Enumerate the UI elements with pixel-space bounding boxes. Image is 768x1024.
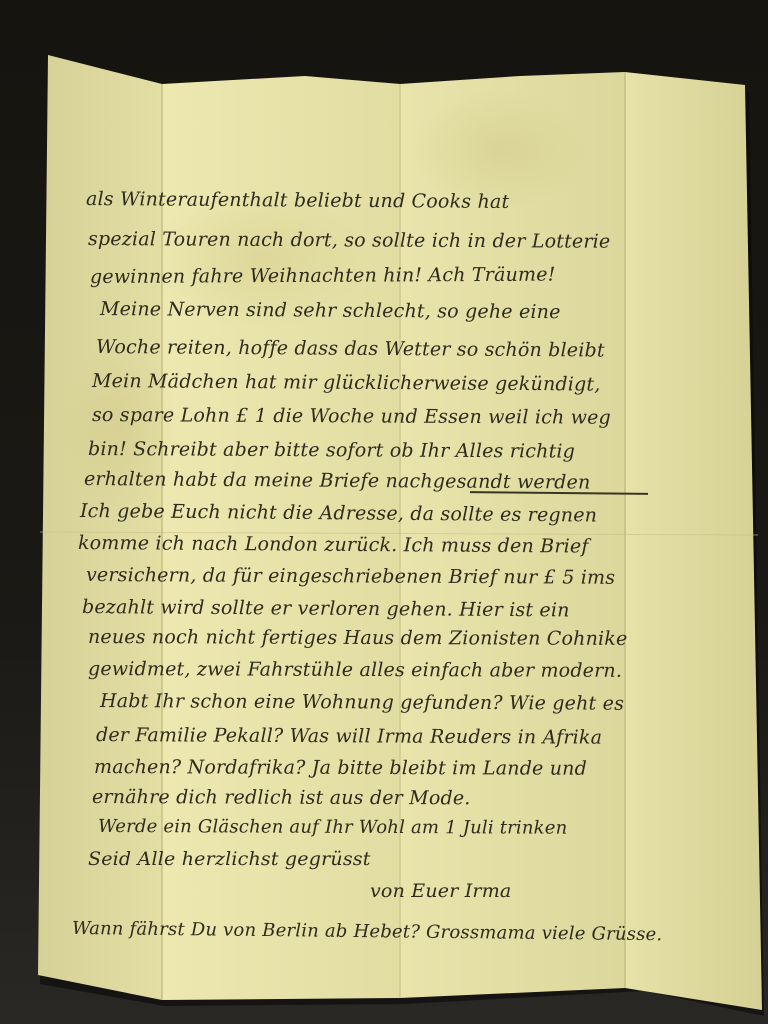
underline-nachgesandt	[470, 491, 648, 494]
letter-body: als Winteraufenthalt beliebt und Cooks h…	[0, 0, 768, 1024]
letter-line-11: komme ich nach London zurück. Ich muss d…	[78, 532, 589, 558]
letter-line-2: spezial Touren nach dort, so sollte ich …	[88, 228, 610, 253]
letter-line-4: Meine Nerven sind sehr schlecht, so gehe…	[100, 298, 561, 323]
letter-line-16: Habt Ihr schon eine Wohnung gefunden? Wi…	[100, 690, 624, 715]
letter-line-1: als Winteraufenthalt beliebt und Cooks h…	[86, 188, 509, 213]
letter-line-7: so spare Lohn £ 1 die Woche und Essen we…	[92, 404, 611, 429]
signature: von Euer Irma	[370, 880, 511, 902]
letter-line-14: neues noch nicht fertiges Haus dem Zioni…	[88, 626, 628, 650]
letter-line-9: erhalten habt da meine Briefe nachgesand…	[84, 468, 591, 494]
postscript: Wann fährst Du von Berlin ab Hebet? Gros…	[72, 918, 663, 945]
letter-line-3: gewinnen fahre Weihnachten hin! Ach Träu…	[90, 264, 556, 288]
letter-line-6: Mein Mädchen hat mir glücklicherweise ge…	[92, 370, 601, 396]
letter-line-5: Woche reiten, hoffe dass das Wetter so s…	[96, 336, 605, 362]
letter-line-17: der Familie Pekall? Was will Irma Reuder…	[96, 724, 602, 749]
letter-line-12: versichern, da für eingeschriebenen Brie…	[86, 564, 615, 589]
letter-line-18: machen? Nordafrika? Ja bitte bleibt im L…	[94, 756, 587, 780]
letter-line-10: Ich gebe Euch nicht die Adresse, da soll…	[80, 500, 597, 527]
letter-line-13: bezahlt wird sollte er verloren gehen. H…	[82, 596, 570, 621]
letter-line-8: bin! Schreibt aber bitte sofort ob Ihr A…	[88, 438, 575, 463]
letter-line-19: ernähre dich redlich ist aus der Mode.	[92, 786, 471, 809]
closing-greeting: Seid Alle herzlichst gegrüsst	[88, 848, 371, 870]
letter-line-15: gewidmet, zwei Fahrstühle alles einfach …	[88, 658, 622, 682]
letter-line-20: Werde ein Gläschen auf Ihr Wohl am 1 Jul…	[98, 816, 568, 839]
